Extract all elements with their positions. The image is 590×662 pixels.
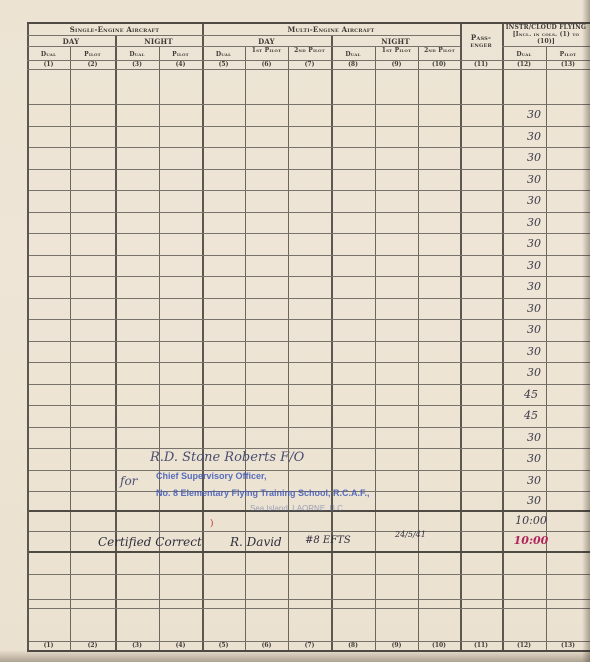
col-line <box>115 35 117 652</box>
col-num: (12) <box>502 61 546 68</box>
col-num: (9) <box>375 61 418 68</box>
footer-col-num: (11) <box>460 642 502 649</box>
col12-entry: 30 <box>512 323 556 336</box>
col12-entry: 30 <box>512 302 556 315</box>
row-line <box>29 212 590 213</box>
certifier-unit: #8 EFTS <box>305 535 351 546</box>
footer-col-num: (5) <box>202 642 245 649</box>
passenger-header: Pass- enger <box>460 34 502 48</box>
row-line <box>29 147 590 148</box>
red-tick-mark: ) <box>210 519 214 529</box>
col12-entry: 30 <box>512 130 556 143</box>
for-annotation: for <box>120 474 137 488</box>
row-line <box>29 405 590 406</box>
row-line <box>29 319 590 320</box>
multi-engine-header: Multi-Engine Aircraft <box>202 26 460 33</box>
footer-col-num: (12) <box>502 642 546 649</box>
row-line <box>29 298 590 299</box>
footer-col-num: (4) <box>159 642 202 649</box>
col12-entry: 45 <box>509 409 553 422</box>
col-line <box>159 46 160 652</box>
row-line <box>29 384 590 385</box>
col12-entry: 45 <box>509 388 553 401</box>
stamp-line2: No. 8 Elementary Flying Training School,… <box>156 488 370 498</box>
col12-entry: 30 <box>512 345 556 358</box>
footer-col-num: (2) <box>70 642 115 649</box>
col-line <box>202 22 204 652</box>
col-label: Pilot <box>159 51 202 58</box>
row-line <box>29 104 590 105</box>
col12-entry: 30 <box>512 173 556 186</box>
col-line <box>502 22 504 652</box>
row-line <box>29 599 590 600</box>
stamp-line3: Sea Island, LAORNE, B.C. <box>250 504 345 513</box>
col-label: Dual <box>331 51 375 58</box>
col-label: 1st Pilot <box>380 47 413 54</box>
col-num: (8) <box>331 61 375 68</box>
page-edge-shadow <box>0 650 590 662</box>
col-num: (4) <box>159 61 202 68</box>
row-line <box>29 276 590 277</box>
col12-entry: 30 <box>512 452 556 465</box>
row-line <box>29 255 590 256</box>
row-line <box>29 531 590 532</box>
col-label: Dual <box>502 51 546 58</box>
col-num: (11) <box>460 61 502 68</box>
col12-entry: 30 <box>512 237 556 250</box>
col12-entry: 30 <box>512 151 556 164</box>
col-line <box>331 35 333 652</box>
col-label: 2nd Pilot <box>423 47 456 54</box>
certifier-signature: R. David <box>230 535 282 549</box>
col-label: 1st Pilot <box>250 47 283 54</box>
header-line <box>27 69 590 70</box>
col-num: (10) <box>418 61 460 68</box>
col-num: (3) <box>115 61 159 68</box>
row-line <box>29 169 590 170</box>
total-line <box>29 551 590 553</box>
col-label: Dual <box>115 51 159 58</box>
page-spine-shadow <box>582 0 590 662</box>
row-line <box>29 574 590 575</box>
col-label: Pilot <box>70 51 115 58</box>
col-border-left <box>27 22 29 652</box>
logbook-page: Single-Engine Aircraft Multi-Engine Airc… <box>0 0 590 662</box>
stamp-line1: Chief Supervisory Officer, <box>156 471 267 481</box>
footer-col-num: (10) <box>418 642 460 649</box>
row-line <box>29 427 590 428</box>
col-line <box>460 22 462 652</box>
row-line <box>29 362 590 363</box>
col12-entry: 30 <box>512 259 556 272</box>
row-line <box>29 190 590 191</box>
col-line <box>375 46 376 652</box>
footer-col-num: (8) <box>331 642 375 649</box>
supervisor-signature: R.D. Stone Roberts F/O <box>150 450 304 465</box>
footer-col-num: (9) <box>375 642 418 649</box>
col12-entry: 30 <box>512 474 556 487</box>
col-line <box>418 46 419 652</box>
multi-night-header: NIGHT <box>331 38 460 45</box>
col-line <box>245 46 246 652</box>
night-header: NIGHT <box>115 38 202 45</box>
col-label: Dual <box>27 51 70 58</box>
footer-col-num: (1) <box>27 642 70 649</box>
header-line <box>27 35 460 36</box>
col12-total: 10:00 <box>506 514 556 527</box>
col-line <box>70 46 71 652</box>
footer-col-num: (7) <box>288 642 331 649</box>
col12-entry: 30 <box>512 108 556 121</box>
col-label: 2nd Pilot <box>293 47 326 54</box>
certified-correct-text: Certified Correct <box>98 535 202 549</box>
multi-day-header: DAY <box>202 38 331 45</box>
col12-entry: 30 <box>512 194 556 207</box>
col-line <box>288 46 289 652</box>
row-line <box>29 341 590 342</box>
col-num: (2) <box>70 61 115 68</box>
instr-cloud-header: INSTR/CLOUD FLYING [Incl. in cols. (1) t… <box>504 24 588 45</box>
footer-col-num: (6) <box>245 642 288 649</box>
col-num: (5) <box>202 61 245 68</box>
col-num: (7) <box>288 61 331 68</box>
day-header: DAY <box>27 38 115 45</box>
col12-entry: 30 <box>512 431 556 444</box>
col-num: (6) <box>245 61 288 68</box>
col12-entry: 30 <box>512 494 556 507</box>
certification-date: 24/5/41 <box>395 530 426 539</box>
row-line <box>29 233 590 234</box>
row-line <box>29 470 590 471</box>
row-line <box>29 448 590 449</box>
footer-col-num: (3) <box>115 642 159 649</box>
header-line <box>502 46 590 47</box>
row-line <box>29 126 590 127</box>
col12-entry: 30 <box>512 366 556 379</box>
col-label: Dual <box>202 51 245 58</box>
col12-checked-total: 10:00 <box>506 534 556 547</box>
col-num: (1) <box>27 61 70 68</box>
single-engine-header: Single-Engine Aircraft <box>27 26 202 33</box>
col12-entry: 30 <box>512 280 556 293</box>
row-line <box>29 608 590 609</box>
col12-entry: 30 <box>512 216 556 229</box>
